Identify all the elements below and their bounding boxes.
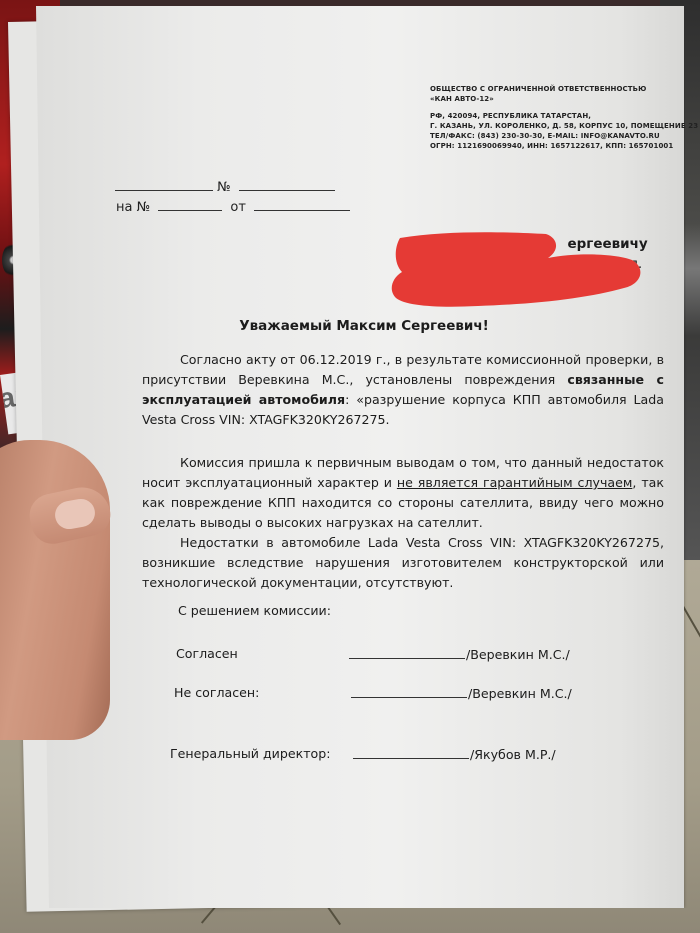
letter-document: ОБЩЕСТВО С ОГРАНИЧЕННОЙ ОТВЕТСТВЕННОСТЬЮ… bbox=[0, 0, 700, 933]
p2-underlined-phrase: не является гарантийным случаем bbox=[397, 475, 633, 490]
salutation: Уважаемый Максим Сергеевич! bbox=[0, 318, 700, 334]
date-label: от bbox=[230, 200, 246, 215]
company-legal-form: ОБЩЕСТВО С ОГРАНИЧЕННОЙ ОТВЕТСТВЕННОСТЬЮ bbox=[430, 84, 698, 94]
redaction-scribble bbox=[388, 228, 646, 308]
signature-heading: С решением комиссии: bbox=[178, 603, 331, 618]
outgoing-date-blank bbox=[115, 178, 213, 191]
number-label: № bbox=[217, 180, 231, 195]
paragraph-defects-absent: Недостатки в автомобиле Lada Vesta Cross… bbox=[142, 533, 664, 593]
disagree-signer-name: /Веревкин М.С./ bbox=[468, 686, 572, 701]
company-address: Г. КАЗАНЬ, УЛ. КОРОЛЕНКО, Д. 58, КОРПУС … bbox=[430, 121, 698, 131]
agree-signer-name: /Веревкин М.С./ bbox=[466, 647, 570, 662]
director-signature: /Якубов М.Р./ bbox=[353, 746, 556, 762]
ref-number-blank bbox=[158, 198, 222, 211]
director-label: Генеральный директор: bbox=[170, 746, 330, 761]
reference-number-row: на № от bbox=[116, 198, 350, 215]
agree-label: Согласен bbox=[176, 646, 238, 661]
signature-blank bbox=[353, 746, 469, 759]
signature-blank bbox=[349, 646, 465, 659]
disagree-signature: /Веревкин М.С./ bbox=[351, 685, 572, 701]
company-contacts: ТЕЛ/ФАКС: (843) 230-30-30, E-MAIL: INFO@… bbox=[430, 131, 698, 141]
ref-date-blank bbox=[254, 198, 350, 211]
paragraph-commission-conclusion: Комиссия пришла к первичным выводам о то… bbox=[142, 453, 664, 593]
company-region: РФ, 420094, РЕСПУБЛИКА ТАТАРСТАН, bbox=[430, 111, 698, 121]
signature-blank bbox=[351, 685, 467, 698]
company-header: ОБЩЕСТВО С ОГРАНИЧЕННОЙ ОТВЕТСТВЕННОСТЬЮ… bbox=[430, 84, 698, 151]
director-name: /Якубов М.Р./ bbox=[470, 747, 556, 762]
company-name: «КАН АВТО-12» bbox=[430, 94, 698, 104]
outgoing-number-row: № bbox=[115, 178, 335, 195]
outgoing-number-blank bbox=[239, 178, 335, 191]
company-registration-codes: ОГРН: 1121690069940, ИНН: 1657122617, КП… bbox=[430, 141, 698, 151]
agree-signature: /Веревкин М.С./ bbox=[349, 646, 570, 662]
disagree-label: Не согласен: bbox=[174, 685, 259, 700]
ref-label: на № bbox=[116, 200, 150, 215]
paragraph-act-findings: Согласно акту от 06.12.2019 г., в резуль… bbox=[142, 350, 664, 430]
